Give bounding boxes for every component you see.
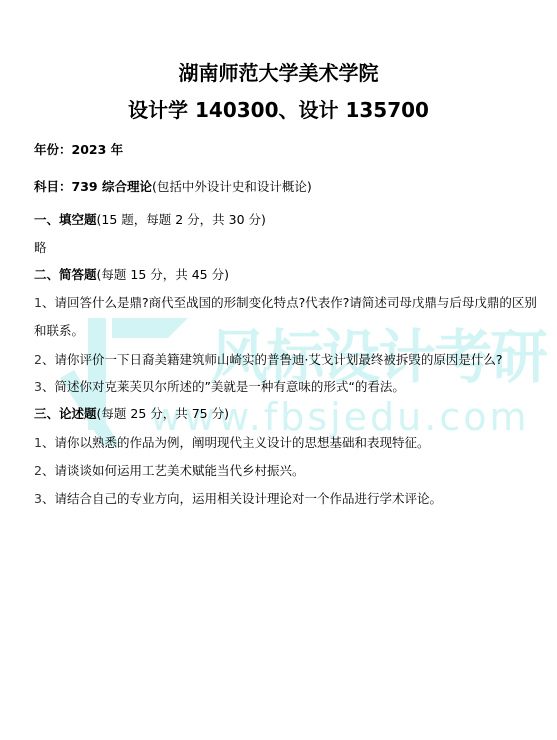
question-item: 2、请你评价一下日裔美籍建筑师山崎实的普鲁迪·艾戈计划最终被拆毁的原因是什么? [34,352,503,368]
year-line: 年份：2023 年 [34,142,123,158]
section-body-omitted: 略 [34,240,47,256]
section-heading-fill-blank: 一、填空题(15 题，每题 2 分，共 30 分) [34,212,266,228]
section-scoring: (15 题，每题 2 分，共 30 分) [97,212,266,227]
subject-label: 科目： [34,179,72,194]
subject-code-name: 739 综合理论 [72,179,152,194]
section-scoring: (每题 25 分，共 75 分) [97,406,229,421]
question-number: 1 [34,295,42,310]
question-text: 、请你评价一下日裔美籍建筑师山崎实的普鲁迪·艾戈计划最终被拆毁的原因是什么? [42,352,503,367]
question-item: 3、请结合自己的专业方向，运用相关设计理论对一个作品进行学术评论。 [34,491,442,507]
question-text: 、请结合自己的专业方向，运用相关设计理论对一个作品进行学术评论。 [42,491,442,506]
question-number: 3 [34,491,42,506]
section-title: 三、论述题 [34,406,97,421]
question-text: 、简述你对克莱芙贝尔所述的”美就是一种有意味的形式“的看法。 [42,379,405,394]
page-title: 湖南师范大学美术学院 [0,61,557,85]
question-text: 、请谈谈如何运用工艺美术赋能当代乡村振兴。 [42,463,305,478]
question-text-continued: 和联系。 [34,323,84,339]
subject-line: 科目：739 综合理论(包括中外设计史和设计概论) [34,179,312,195]
year-label: 年份： [34,142,72,157]
question-number: 1 [34,435,42,450]
page-subtitle: 设计学 140300、设计 135700 [0,98,557,122]
question-text: 、请你以熟悉的作品为例，阐明现代主义设计的思想基础和表现特征。 [42,435,430,450]
question-number: 2 [34,352,42,367]
exam-page: 风标设计考研 www.fbsjedu.com 湖南师范大学美术学院 设计学 14… [0,0,557,740]
question-number: 3 [34,379,42,394]
section-heading-short-answer: 二、简答题(每题 15 分，共 45 分) [34,267,229,283]
question-text: 、请回答什么是鼎?商代至战国的形制变化特点?代表作?请简述司母戊鼎与后母戊鼎的区… [42,295,537,310]
section-heading-essay: 三、论述题(每题 25 分，共 75 分) [34,406,229,422]
question-item: 3、简述你对克莱芙贝尔所述的”美就是一种有意味的形式“的看法。 [34,379,405,395]
subject-note: (包括中外设计史和设计概论) [152,179,312,194]
question-item: 2、请谈谈如何运用工艺美术赋能当代乡村振兴。 [34,463,304,479]
section-scoring: (每题 15 分，共 45 分) [97,267,229,282]
section-title: 一、填空题 [34,212,97,227]
question-number: 2 [34,463,42,478]
question-item: 1、请回答什么是鼎?商代至战国的形制变化特点?代表作?请简述司母戊鼎与后母戊鼎的… [34,295,537,311]
year-value: 2023 年 [72,142,124,157]
question-item: 1、请你以熟悉的作品为例，阐明现代主义设计的思想基础和表现特征。 [34,435,429,451]
section-title: 二、简答题 [34,267,97,282]
